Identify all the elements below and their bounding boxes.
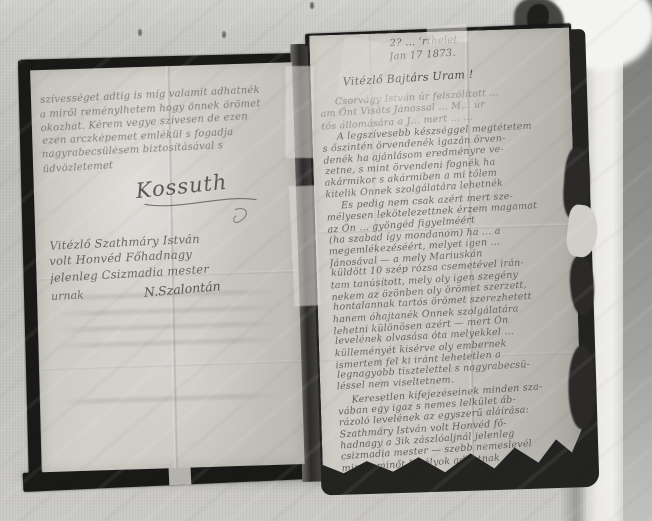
paper-crease [39, 360, 301, 370]
addressee-word: urnak [51, 289, 84, 304]
bleed-through-marks [54, 321, 279, 333]
bleed-through-marks [53, 305, 278, 317]
letter-spread: szívességet adtig is míg valamit adhatné… [3, 19, 599, 489]
paragraph-3: És pedig nem csak azért mert sze-mélyese… [326, 187, 585, 393]
bleed-through-marks [56, 393, 281, 405]
tape-patch-dateline [336, 37, 414, 106]
photograph: szívességet adtig is míg valamit adhatné… [0, 0, 652, 521]
fabric-speck [310, 2, 314, 9]
address-block: Vitézlő Szathmáry Istvánvolt Honvéd Főha… [48, 227, 293, 304]
signature-flourish [138, 190, 270, 231]
paper-flap [565, 204, 600, 259]
signature-row: Kossuth [135, 169, 289, 221]
tape-patch-top-right [426, 24, 467, 45]
left-page-text: szívességet adtig is míg valamit adhatné… [39, 82, 293, 303]
dateline: 2? … ’rtheletJan 17 1873. [388, 27, 565, 63]
tape-patch-center-upper [285, 66, 313, 158]
letter-page-left: szívességet adtig is míg valamit adhatné… [30, 62, 304, 472]
fabric-fold-dark-band [623, 0, 652, 521]
letter-closing-lines: szívességet adtig is míg valamit adhatné… [39, 82, 287, 176]
bleed-through-marks [54, 337, 279, 349]
address-lines: Vitézlő Szathmáry Istvánvolt Honvéd Főha… [48, 227, 292, 286]
